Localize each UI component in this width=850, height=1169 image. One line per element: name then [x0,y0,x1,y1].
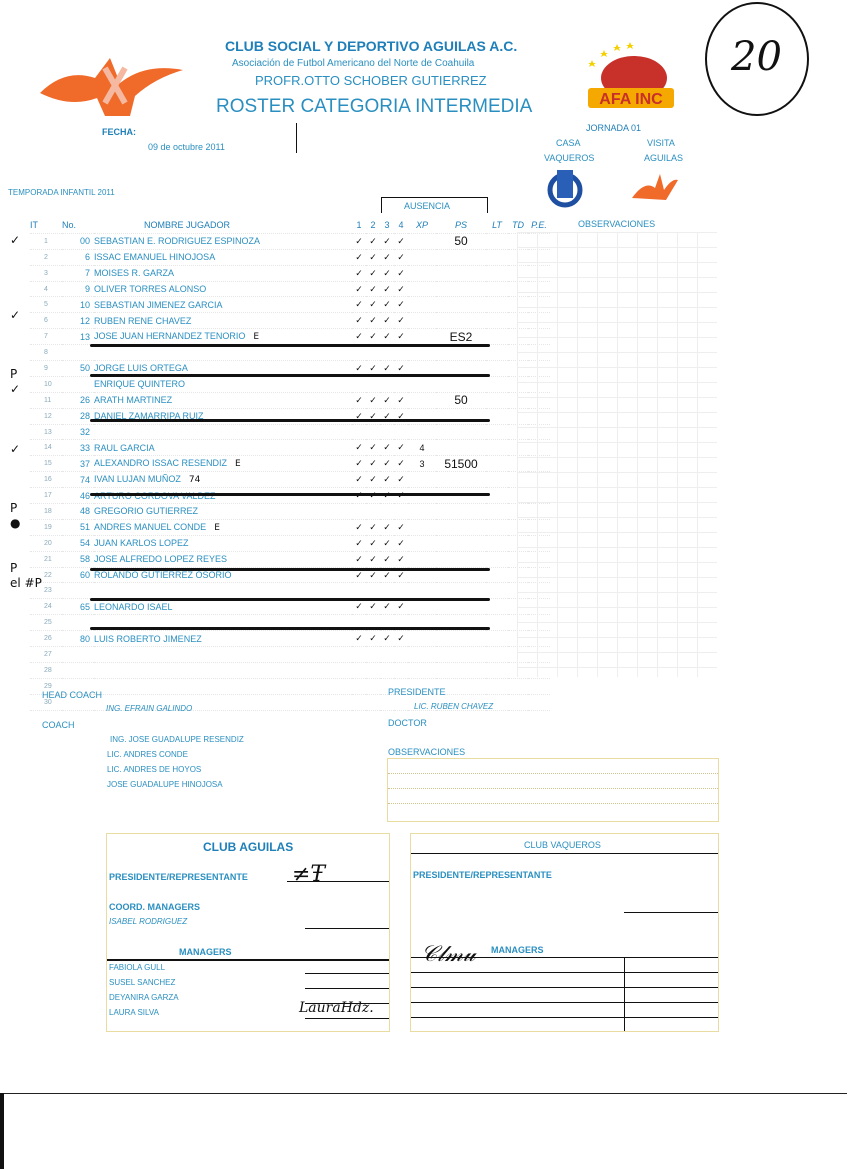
cell-it: 6 [30,313,62,329]
quarter-check [366,694,380,710]
cell-xp: 4 [408,440,436,456]
cell-it: 12 [30,408,62,424]
margin-mark: ● [10,516,20,530]
cell-ps: 50 [436,392,486,408]
observaciones-label: OBSERVACIONES [388,747,465,757]
cell-name: ARATH MARTINEZ [94,392,352,408]
cell-ps [436,583,486,599]
margin-mark: P [10,501,17,515]
quarter-check: ✓ [394,519,408,535]
ausencia-label: AUSENCIA [404,201,450,211]
quarter-check: ✓ [394,249,408,265]
cell-no: 26 [62,392,94,408]
quarter-check: ✓ [366,313,380,329]
cell-it: 7 [30,329,62,345]
roster-row: 1332 [30,424,550,440]
cell-it: 16 [30,472,62,488]
cell-it: 3 [30,265,62,281]
cell-name: RUBEN RENE CHAVEZ [94,313,352,329]
cell-xp [408,551,436,567]
quarter-check: ✓ [394,281,408,297]
cell-ps: ES2 [436,329,486,345]
quarter-check: ✓ [380,472,394,488]
cell-xp [408,265,436,281]
cell-ps [436,599,486,615]
quarter-check [380,647,394,663]
roster-row: 510SEBASTIAN JIMENEZ GARCIA✓✓✓✓ [30,297,550,313]
cell-no: 00 [62,233,94,249]
quarter-check: ✓ [366,551,380,567]
cell-xp: 3 [408,456,436,472]
cell-name: OLIVER TORRES ALONSO [94,281,352,297]
quarter-check: ✓ [380,297,394,313]
player-name: SEBASTIAN E. RODRIGUEZ ESPINOZA [94,236,260,246]
quarter-check: ✓ [394,631,408,647]
cell-it: 13 [30,424,62,440]
col-xp: XP [408,218,436,233]
cell-ps [436,249,486,265]
observaciones-header: OBSERVACIONES [578,219,655,229]
cell-no: 28 [62,408,94,424]
cell-xp [408,647,436,663]
cell-no: 10 [62,297,94,313]
strike-through-line [90,627,490,630]
manager-3: DEYANIRA GARZA [109,993,179,1002]
cell-it: 24 [30,599,62,615]
cell-ps [436,281,486,297]
strike-through-line [90,493,490,496]
quarter-check: ✓ [352,313,366,329]
cell-xp [408,662,436,678]
cell-ps: 50 [436,233,486,249]
visita-team: AGUILAS [644,153,683,163]
manager-4: LAURA SILVA [109,1008,159,1017]
col-q4: 4 [394,218,408,233]
presidente-name: LIC. RUBEN CHAVEZ [414,702,493,711]
margin-mark: P [10,561,17,575]
scanner-edge [0,1093,4,1169]
col-name: NOMBRE JUGADOR [94,218,352,233]
vaqueros-manager-signature: 𝒞𝓁𝓂𝓊 [421,942,475,967]
cell-no [62,345,94,361]
cell-it: 18 [30,504,62,520]
visita-label: VISITA [647,138,675,148]
quarter-check [366,647,380,663]
cell-no: 37 [62,456,94,472]
handwritten-page-number: 20 [705,2,809,116]
quarter-check: ✓ [366,281,380,297]
manager-2: SUSEL SANCHEZ [109,978,175,987]
quarter-check: ✓ [394,599,408,615]
observaciones-grid [517,232,717,677]
quarter-check: ✓ [394,551,408,567]
quarter-check: ✓ [366,329,380,345]
quarter-check: ✓ [380,535,394,551]
quarter-check: ✓ [352,535,366,551]
quarter-check: ✓ [352,297,366,313]
cell-it: 20 [30,535,62,551]
cell-it: 17 [30,488,62,504]
quarter-check: ✓ [394,233,408,249]
quarter-check: ✓ [380,599,394,615]
cell-no [62,662,94,678]
quarter-check: ✓ [380,249,394,265]
quarter-check: ✓ [394,472,408,488]
coord-managers-label: COORD. MANAGERS [109,902,200,912]
cell-ps [436,551,486,567]
cell-no [62,583,94,599]
cell-name [94,424,352,440]
roster-row: 27 [30,647,550,663]
cell-ps [436,265,486,281]
handwritten-note: E [235,459,241,469]
roster-row: 1126ARATH MARTINEZ✓✓✓✓50 [30,392,550,408]
aguilas-presidente-label: PRESIDENTE/REPRESENTANTE [109,872,248,882]
cell-name: ISSAC EMANUEL HINOJOSA [94,249,352,265]
club-aguilas-box: CLUB AGUILAS PRESIDENTE/REPRESENTANTE ≠Ŧ… [106,833,390,1032]
cell-no: 58 [62,551,94,567]
club-name: CLUB SOCIAL Y DEPORTIVO AGUILAS A.C. [225,38,517,54]
cell-name: JOSE ALFREDO LOPEZ REYES [94,551,352,567]
cell-ps [436,662,486,678]
quarter-check [352,694,366,710]
roster-row: 100SEBASTIAN E. RODRIGUEZ ESPINOZA✓✓✓✓50 [30,233,550,249]
cell-ps [436,535,486,551]
roster-row: 49OLIVER TORRES ALONSO✓✓✓✓ [30,281,550,297]
cell-no: 12 [62,313,94,329]
aguilas-small-logo [630,170,680,206]
cell-name [94,583,352,599]
head-coach-label: HEAD COACH [42,690,102,700]
cell-ps: 51500 [436,456,486,472]
quarter-check: ✓ [352,392,366,408]
cell-xp [408,504,436,520]
quarter-check: ✓ [366,265,380,281]
quarter-check: ✓ [352,233,366,249]
strike-through-line [90,598,490,601]
quarter-check [352,647,366,663]
roster-row: 23 [30,583,550,599]
roster-row: 1951ANDRES MANUEL CONDEE✓✓✓✓ [30,519,550,535]
quarter-check: ✓ [366,519,380,535]
svg-text:AFA INC: AFA INC [599,91,663,108]
quarter-check: ✓ [352,519,366,535]
cell-name: SEBASTIAN JIMENEZ GARCIA [94,297,352,313]
document-title: ROSTER CATEGORIA INTERMEDIA [216,96,532,118]
quarter-check [394,647,408,663]
cell-it: 8 [30,345,62,361]
cell-no: 9 [62,281,94,297]
margin-mark: el #P [10,576,42,590]
roster-row: 37MOISES R. GARZA✓✓✓✓ [30,265,550,281]
roster-row: 10ENRIQUE QUINTERO [30,376,550,392]
player-name: JOSE ALFREDO LOPEZ REYES [94,554,227,564]
cell-ps [436,504,486,520]
cell-ps [436,313,486,329]
quarter-check: ✓ [394,392,408,408]
cell-name: ALEXANDRO ISSAC RESENDIZE [94,456,352,472]
cell-xp [408,631,436,647]
player-name: ALEXANDRO ISSAC RESENDIZ [94,458,227,468]
quarter-check: ✓ [380,329,394,345]
quarter-check: ✓ [380,265,394,281]
roster-row: 2158JOSE ALFREDO LOPEZ REYES✓✓✓✓ [30,551,550,567]
cell-ps [436,519,486,535]
cell-it: 25 [30,615,62,631]
quarter-check: ✓ [380,440,394,456]
cell-name [94,678,352,694]
fecha-label: FECHA: [102,127,136,137]
aguilas-eagle-logo [35,48,185,118]
casa-label: CASA [556,138,581,148]
quarter-check: ✓ [394,297,408,313]
quarter-check [380,504,394,520]
honoree-name: PROFR.OTTO SCHOBER GUTIERREZ [255,73,487,88]
coach-label: COACH [42,720,75,730]
quarter-check [394,376,408,392]
col-ps: PS [436,218,486,233]
cell-xp [408,599,436,615]
cell-ps [436,440,486,456]
quarter-check: ✓ [366,535,380,551]
fecha-value: 09 de octubre 2011 [148,142,225,152]
cell-xp [408,376,436,392]
col-it: IT [30,218,62,233]
cell-it: 15 [30,456,62,472]
player-name: LUIS ROBERTO JIMENEZ [94,634,202,644]
margin-mark: ✓ [10,382,20,396]
cell-xp [408,249,436,265]
cell-name: ANDRES MANUEL CONDEE [94,519,352,535]
player-name: ROLANDO GUTIERREZ OSORIO [94,570,232,580]
quarter-check [366,678,380,694]
quarter-check: ✓ [380,392,394,408]
quarter-check [380,662,394,678]
cell-it: 9 [30,361,62,377]
cell-name: JOSE JUAN HERNANDEZ TENORIOE [94,329,352,345]
temporada: TEMPORADA INFANTIL 2011 [8,188,115,197]
quarter-check: ✓ [394,535,408,551]
player-name: ISSAC EMANUEL HINOJOSA [94,252,215,262]
quarter-check [352,376,366,392]
roster-row: 28 [30,662,550,678]
quarter-check [380,424,394,440]
cell-it: 21 [30,551,62,567]
casa-team: VAQUEROS [544,153,594,163]
cell-xp [408,519,436,535]
cell-it: 19 [30,519,62,535]
vaqueros-presidente-label: PRESIDENTE/REPRESENTANTE [413,870,552,880]
quarter-check: ✓ [352,265,366,281]
cell-name: SEBASTIAN E. RODRIGUEZ ESPINOZA [94,233,352,249]
cell-no: 33 [62,440,94,456]
doctor-label: DOCTOR [388,718,427,728]
coach-2: LIC. ANDRES CONDE [107,750,188,759]
strike-through-line [90,568,490,571]
quarter-check: ✓ [352,281,366,297]
col-q1: 1 [352,218,366,233]
cell-xp [408,472,436,488]
player-name: GREGORIO GUTIERREZ [94,506,198,516]
cell-no: 13 [62,329,94,345]
cell-name: JUAN KARLOS LOPEZ [94,535,352,551]
cell-no: 80 [62,631,94,647]
quarter-check [352,424,366,440]
player-name: ENRIQUE QUINTERO [94,379,185,389]
cell-no [62,376,94,392]
cell-xp [408,535,436,551]
quarter-check: ✓ [352,551,366,567]
cell-name: ENRIQUE QUINTERO [94,376,352,392]
roster-row: 713JOSE JUAN HERNANDEZ TENORIOE✓✓✓✓ES2 [30,329,550,345]
roster-row: 26ISSAC EMANUEL HINOJOSA✓✓✓✓ [30,249,550,265]
margin-mark: ✓ [10,442,20,456]
col-q3: 3 [380,218,394,233]
cell-it: 2 [30,249,62,265]
cell-xp [408,281,436,297]
cell-no: 74 [62,472,94,488]
quarter-check: ✓ [380,233,394,249]
cell-xp [408,233,436,249]
quarter-check: ✓ [380,281,394,297]
quarter-check [366,662,380,678]
player-name: MOISES R. GARZA [94,268,174,278]
manager-1: FABIOLA GULL [109,963,165,972]
player-name: ANDRES MANUEL CONDE [94,522,206,532]
quarter-check: ✓ [366,472,380,488]
roster-row: 29 [30,678,550,694]
handwritten-note: E [253,332,259,342]
quarter-check [352,504,366,520]
roster-row: 2054JUAN KARLOS LOPEZ✓✓✓✓ [30,535,550,551]
roster-row: 1848GREGORIO GUTIERREZ [30,504,550,520]
cell-no: 7 [62,265,94,281]
quarter-check [394,424,408,440]
cell-no: 65 [62,599,94,615]
vaqueros-logo [545,168,585,208]
roster-row: 612RUBEN RENE CHAVEZ✓✓✓✓ [30,313,550,329]
quarter-check: ✓ [380,551,394,567]
cell-name: IVAN LUJAN MUÑOZ74 [94,472,352,488]
roster-table: IT No. NOMBRE JUGADOR 1 2 3 4 XP PS LT T… [30,218,550,711]
quarter-check [394,662,408,678]
quarter-check: ✓ [352,472,366,488]
head-coach-name: ING. EFRAIN GALINDO [106,704,192,713]
quarter-check [380,376,394,392]
player-name: JOSE JUAN HERNANDEZ TENORIO [94,331,245,341]
strike-through-line [90,344,490,347]
aguilas-managers-label: MANAGERS [179,947,232,957]
player-name: OLIVER TORRES ALONSO [94,284,206,294]
cell-no: 6 [62,249,94,265]
cell-ps [436,297,486,313]
col-q2: 2 [366,218,380,233]
quarter-check: ✓ [366,249,380,265]
cell-it: 28 [30,662,62,678]
cell-no: 32 [62,424,94,440]
manager-signature: LauraHdz. [299,1000,374,1016]
quarter-check [394,504,408,520]
strike-through-line [90,374,490,377]
cell-ps [436,647,486,663]
quarter-check: ✓ [366,440,380,456]
roster-row: 2465LEONARDO ISAEL✓✓✓✓ [30,599,550,615]
quarter-check [366,504,380,520]
observaciones-box[interactable] [387,758,719,822]
cell-name: MOISES R. GARZA [94,265,352,281]
cell-name [94,647,352,663]
cell-name: GREGORIO GUTIERREZ [94,504,352,520]
cell-it: 10 [30,376,62,392]
quarter-check: ✓ [366,456,380,472]
roster-row: 2680LUIS ROBERTO JIMENEZ✓✓✓✓ [30,631,550,647]
cell-no: 54 [62,535,94,551]
cell-no: 46 [62,488,94,504]
quarter-check: ✓ [380,631,394,647]
margin-mark: P [10,367,17,381]
cell-it: 1 [30,233,62,249]
quarter-check [352,662,366,678]
club-vaqueros-title: CLUB VAQUEROS [524,840,601,850]
quarter-check: ✓ [394,329,408,345]
player-name: JUAN KARLOS LOPEZ [94,538,189,548]
player-name: RAUL GARCIA [94,443,155,453]
cell-xp [408,297,436,313]
cell-ps [436,472,486,488]
coach-4: JOSE GUADALUPE HINOJOSA [107,780,223,789]
player-name: SEBASTIAN JIMENEZ GARCIA [94,300,223,310]
roster-header-row: IT No. NOMBRE JUGADOR 1 2 3 4 XP PS LT T… [30,218,550,233]
quarter-check: ✓ [352,599,366,615]
quarter-check: ✓ [352,440,366,456]
association-name: Asociación de Futbol Americano del Norte… [232,58,474,69]
player-name: LEONARDO ISAEL [94,602,173,612]
quarter-check: ✓ [366,599,380,615]
roster-row: 1537ALEXANDRO ISSAC RESENDIZE✓✓✓✓351500 [30,456,550,472]
coord-managers-name: ISABEL RODRIGUEZ [109,917,187,926]
quarter-check: ✓ [352,456,366,472]
vaqueros-managers-label: MANAGERS [491,945,544,955]
cell-no [62,647,94,663]
divider [296,123,297,153]
cell-it: 5 [30,297,62,313]
quarter-check: ✓ [380,313,394,329]
quarter-check [352,678,366,694]
club-vaqueros-box: CLUB VAQUEROS PRESIDENTE/REPRESENTANTE M… [410,833,719,1032]
handwritten-note: E [214,523,220,533]
club-aguilas-title: CLUB AGUILAS [203,840,293,854]
margin-mark: ✓ [10,308,20,322]
quarter-check: ✓ [394,456,408,472]
player-name: ARATH MARTINEZ [94,395,172,405]
coach-1: ING. JOSE GUADALUPE RESENDIZ [110,735,244,744]
quarter-check [394,583,408,599]
cell-it: 4 [30,281,62,297]
quarter-check: ✓ [352,249,366,265]
roster-row: 1433RAUL GARCIA✓✓✓✓4 [30,440,550,456]
cell-name: LUIS ROBERTO JIMENEZ [94,631,352,647]
cell-it: 26 [30,631,62,647]
quarter-check: ✓ [394,313,408,329]
cell-name: LEONARDO ISAEL [94,599,352,615]
cell-xp [408,329,436,345]
cell-name [94,662,352,678]
quarter-check: ✓ [366,631,380,647]
quarter-check [366,583,380,599]
quarter-check [380,583,394,599]
cell-ps [436,424,486,440]
afa-logo: AFA INC [582,40,677,110]
